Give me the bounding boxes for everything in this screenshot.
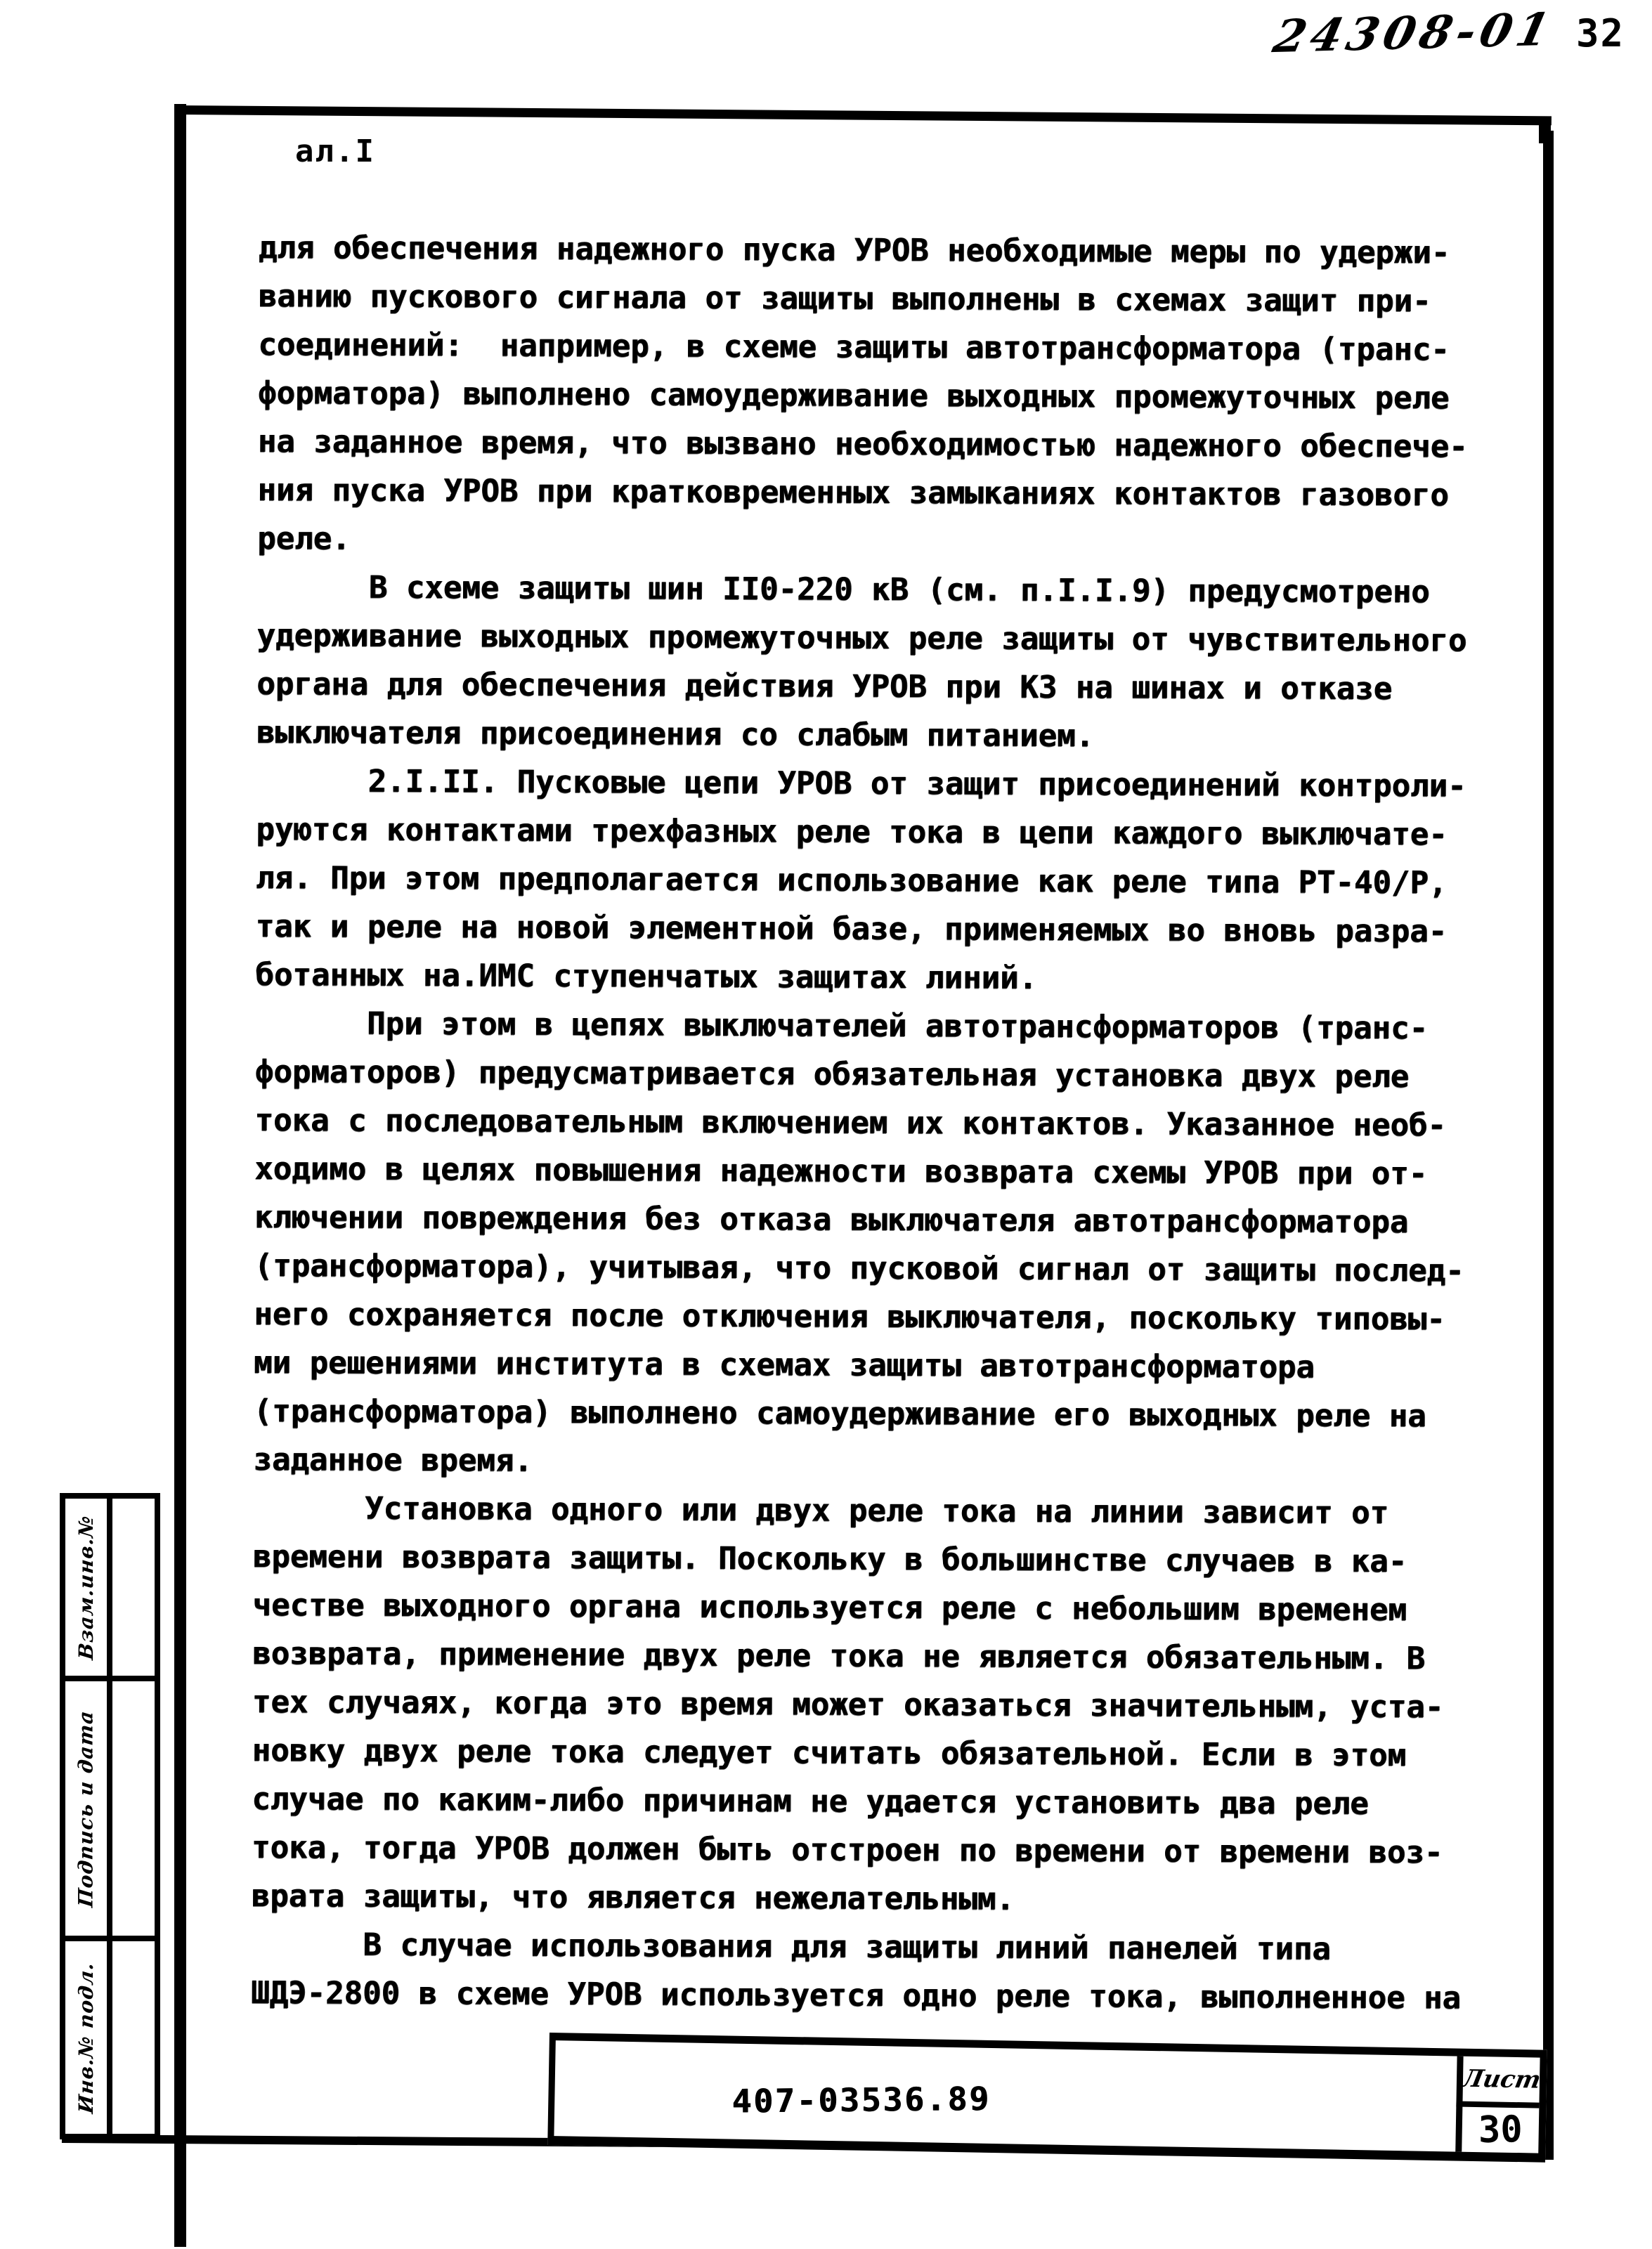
text-line: ния пуска УРОВ при кратковременных замык… bbox=[257, 466, 1550, 520]
text-line: ходимо в целях повышения надежности возв… bbox=[254, 1145, 1547, 1199]
text-line: соединений: например, в схеме защиты авт… bbox=[258, 320, 1551, 374]
frame-top-border bbox=[176, 105, 1552, 125]
sidebar-row-divider bbox=[65, 1676, 155, 1681]
sheet-label: Лист bbox=[1459, 2056, 1544, 2103]
text-line: ванию пускового сигнала от защиты выполн… bbox=[258, 272, 1551, 326]
text-line: реле. bbox=[257, 514, 1550, 568]
sidebar-cell-signature-date: Подпись и дата bbox=[65, 1681, 107, 1936]
text-line: тех случаях, когда это время может оказа… bbox=[252, 1678, 1545, 1732]
text-line: В схеме защиты шин II0-220 кВ (см. п.I.I… bbox=[257, 563, 1550, 617]
text-line: При этом в цепях выключателей автотрансф… bbox=[255, 999, 1548, 1053]
text-line: ШДЭ-2800 в схеме УРОВ используется одно … bbox=[251, 1969, 1544, 2023]
text-line: так и реле на новой элементной базе, при… bbox=[255, 902, 1548, 956]
text-line: (трансформатора), учитывая, что пусковой… bbox=[254, 1241, 1547, 1296]
text-line: 2.I.II. Пусковые цепи УРОВ от защит прис… bbox=[256, 757, 1549, 811]
text-line: новку двух реле тока следует считать обя… bbox=[252, 1726, 1544, 1780]
text-line: удерживание выходных промежуточных реле … bbox=[256, 611, 1549, 665]
text-line: ключении повреждения без отказа выключат… bbox=[254, 1193, 1547, 1247]
sidebar-label: Взам.инв.№ bbox=[74, 1514, 98, 1661]
text-line: врата защиты, что является нежелательным… bbox=[251, 1872, 1544, 1926]
text-line: Установка одного или двух реле тока на л… bbox=[253, 1484, 1546, 1538]
sidebar-row-divider bbox=[65, 1936, 155, 1941]
scanned-document-page: 24308-01 32 ал.I для обеспечения надежно… bbox=[0, 0, 1652, 2249]
corner-label: ал.I bbox=[295, 133, 375, 169]
document-body: для обеспечения надежного пуска УРОВ нео… bbox=[251, 223, 1552, 2023]
text-line: В случае использования для защиты линий … bbox=[251, 1920, 1544, 1974]
page-number: 32 bbox=[1576, 11, 1625, 56]
frame-left-border bbox=[174, 104, 186, 2247]
text-line: тока, тогда УРОВ должен быть отстроен по… bbox=[252, 1823, 1544, 1877]
text-line: ми решениями института в схемах защиты а… bbox=[254, 1338, 1547, 1393]
text-line: (трансформатора) выполнено самоудерживан… bbox=[253, 1387, 1546, 1441]
title-block-stamp: 407-03536.89 Лист 30 bbox=[547, 2033, 1547, 2163]
text-line: возврата, применение двух реле тока не я… bbox=[252, 1629, 1545, 1683]
text-line: ботанных на.ИМС ступенчатых защитах лини… bbox=[255, 951, 1548, 1005]
text-line: ля. При этом предполагается использовани… bbox=[256, 854, 1549, 908]
text-line: выключателя присоединения со слабым пита… bbox=[256, 708, 1549, 762]
text-line: времени возврата защиты. Поскольку в бол… bbox=[253, 1532, 1546, 1586]
text-line: случае по каким-либо причинам не удается… bbox=[252, 1775, 1544, 1829]
text-line: заданное время. bbox=[253, 1435, 1546, 1489]
document-number: 407-03536.89 bbox=[731, 2080, 991, 2120]
sidebar-label: Инв.№ подл. bbox=[74, 1961, 98, 2114]
text-line: на заданное время, что вызвано необходим… bbox=[257, 417, 1550, 471]
frame-sidebar-column: Взам.инв.№ Подпись и дата Инв.№ подл. bbox=[60, 1493, 160, 2139]
text-line: органа для обеспечения действия УРОВ при… bbox=[256, 660, 1549, 714]
sidebar-cell-inventory-no: Инв.№ подл. bbox=[65, 1941, 107, 2134]
text-line: него сохраняется после отключения выключ… bbox=[254, 1290, 1547, 1344]
sidebar-cell-replacement-inv-no: Взам.инв.№ bbox=[65, 1499, 107, 1676]
text-line: форматоров) предусматривается обязательн… bbox=[255, 1048, 1548, 1102]
text-line: руются контактами трехфазных реле тока в… bbox=[256, 805, 1549, 859]
text-line: форматора) выполнено самоудерживание вых… bbox=[258, 369, 1551, 423]
sheet-number: 30 bbox=[1462, 2107, 1539, 2153]
text-line: тока с последовательным включением их ко… bbox=[254, 1096, 1547, 1150]
text-line: для обеспечения надежного пуска УРОВ нео… bbox=[259, 223, 1552, 278]
sidebar-label: Подпись и дата bbox=[74, 1709, 98, 1908]
sidebar-vertical-divider bbox=[107, 1499, 112, 2134]
text-line: честве выходного органа используется рел… bbox=[252, 1581, 1545, 1635]
handwritten-document-code: 24308-01 bbox=[1268, 4, 1559, 63]
